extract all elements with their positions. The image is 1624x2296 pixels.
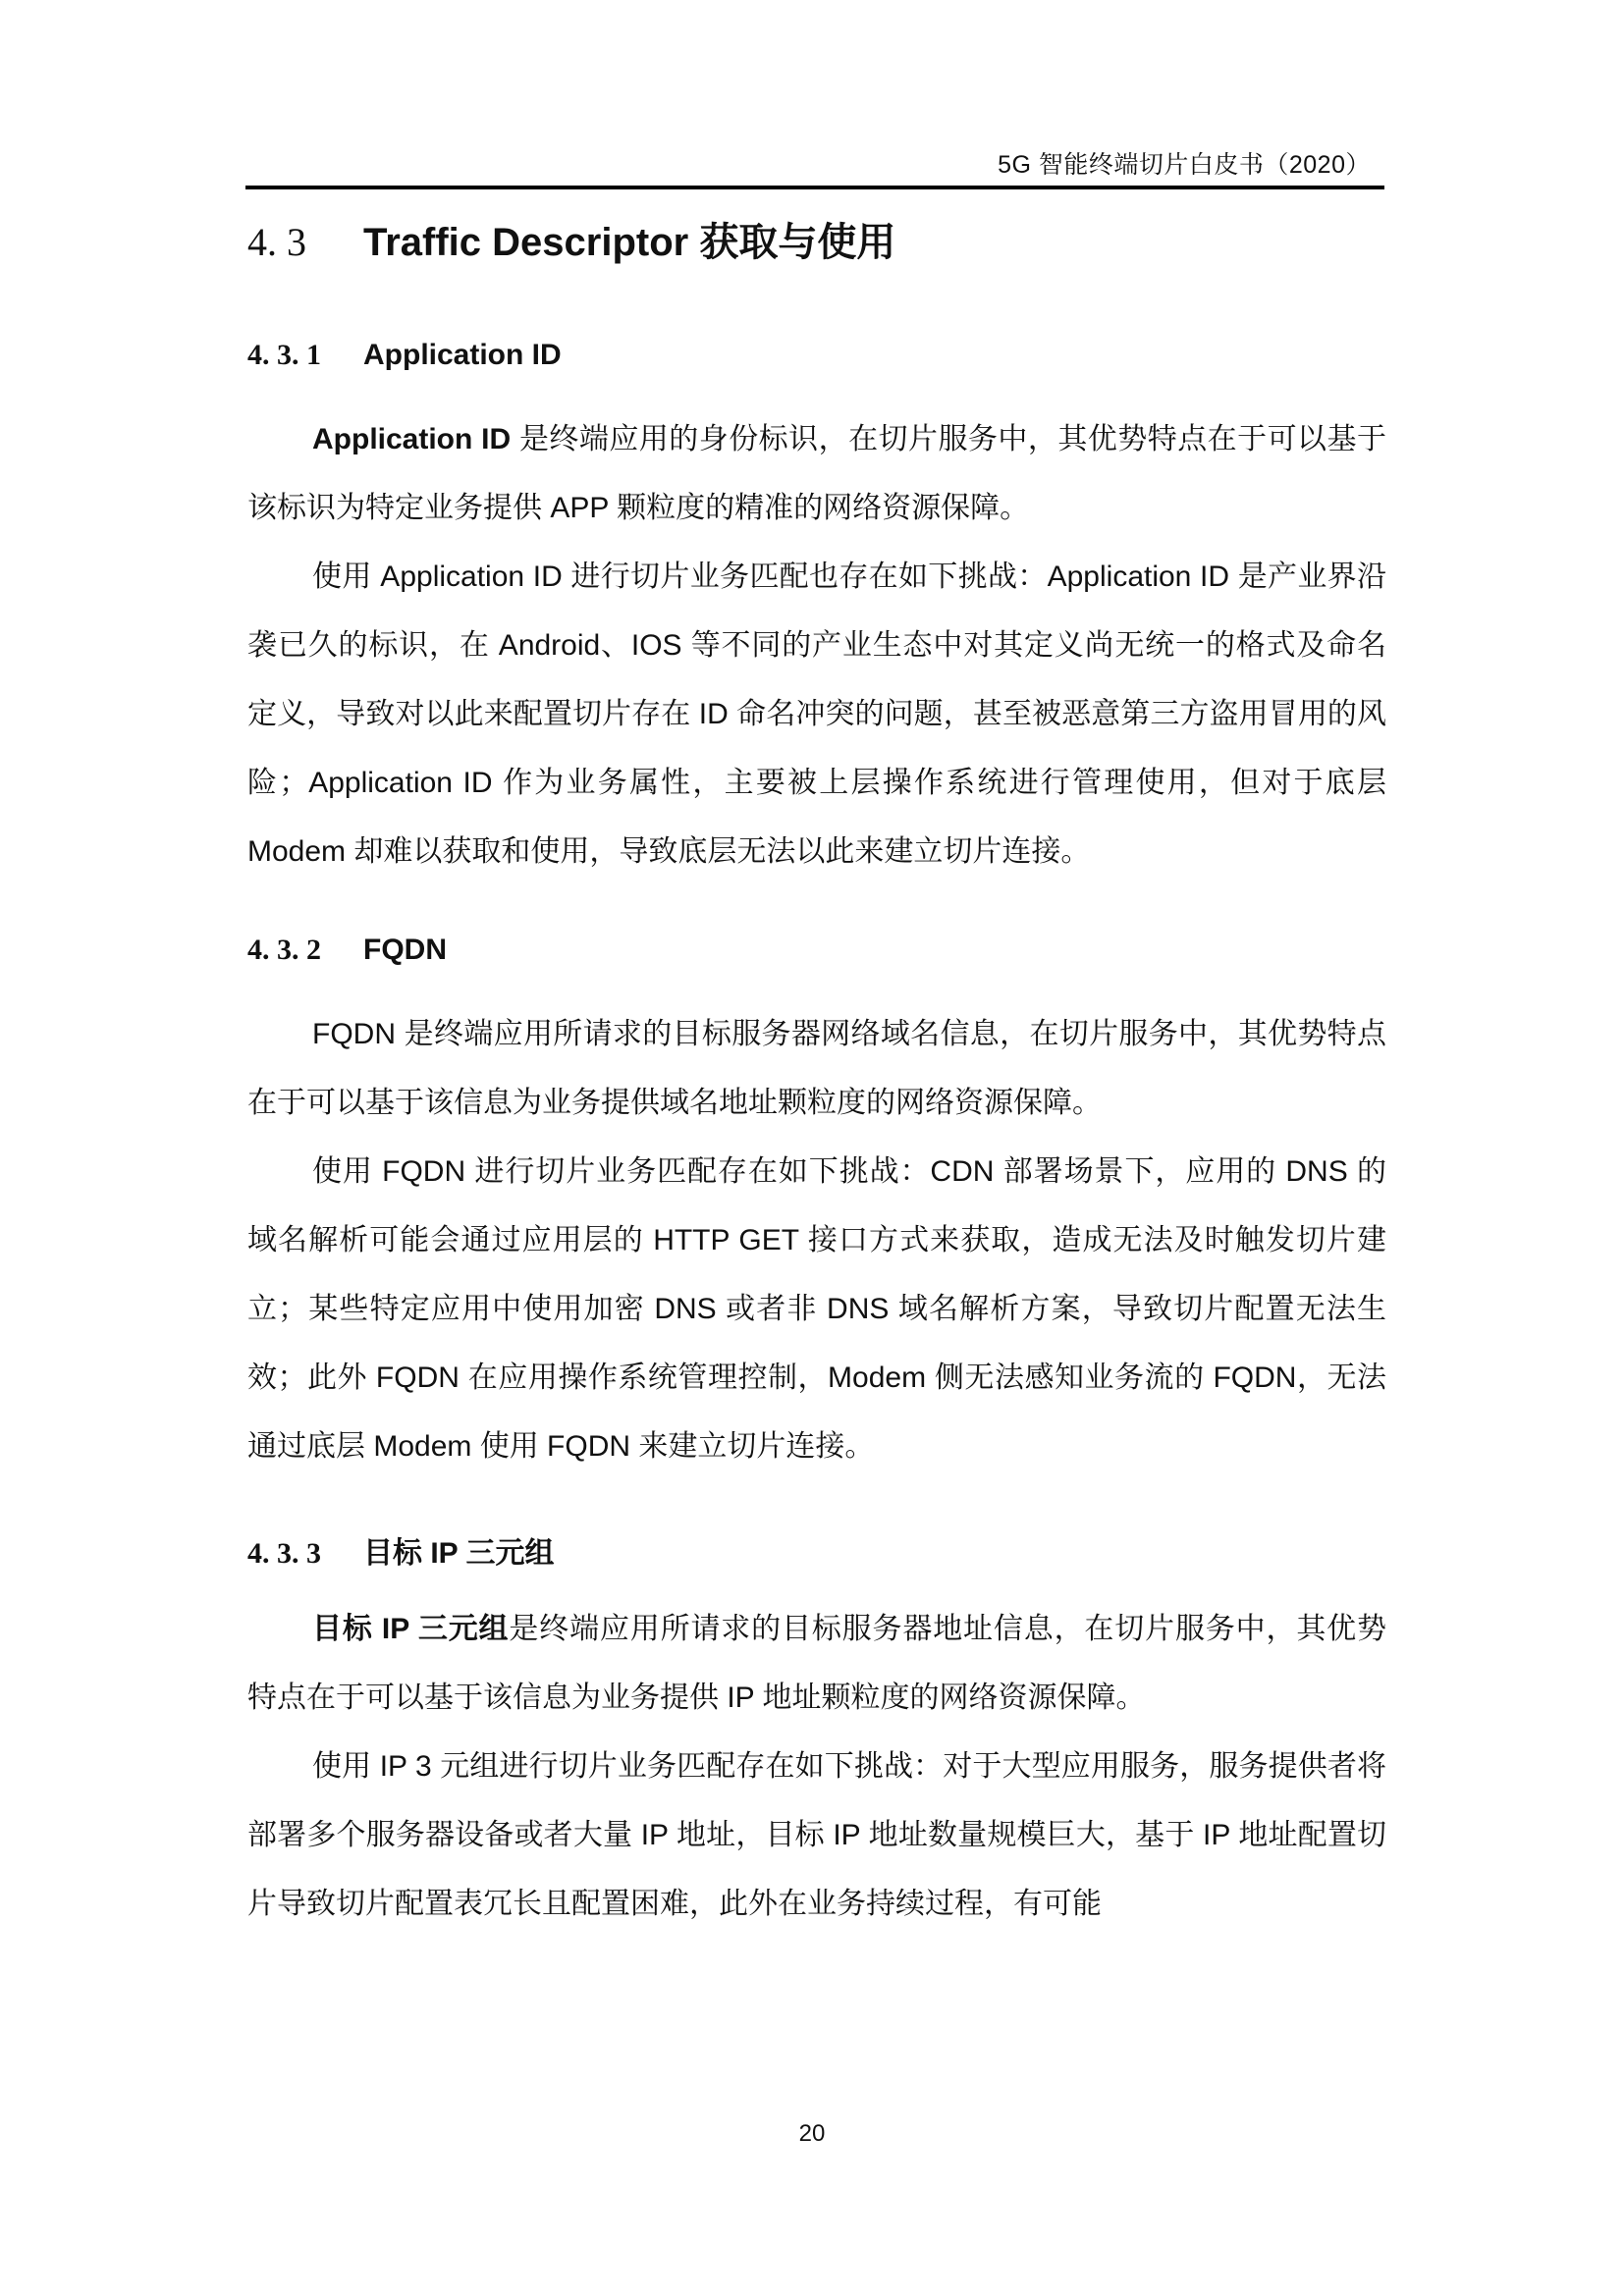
section-heading: 4. 3 Traffic Descriptor 获取与使用: [247, 211, 1386, 274]
paragraph: 使用 IP 3 元组进行切片业务匹配存在如下挑战：对于大型应用服务，服务提供者将…: [247, 1733, 1386, 1939]
document-page: 5G 智能终端切片白皮书（2020） 4. 3 Traffic Descript…: [0, 0, 1624, 2296]
subsection-heading: 4. 3. 3 目标 IP 三元组: [247, 1528, 1386, 1577]
subsection-title: 目标 IP 三元组: [363, 1528, 554, 1572]
subsection-title: Application ID: [363, 339, 562, 372]
paragraph-text: 使用 Application ID 进行切片业务匹配也存在如下挑战：Applic…: [247, 561, 1386, 868]
subsection-title: FQDN: [363, 934, 447, 967]
paragraph-text: FQDN 是终端应用所请求的目标服务器网络域名信息，在切片服务中，其优势特点在于…: [247, 1018, 1386, 1119]
paragraph: 使用 FQDN 进行切片业务匹配存在如下挑战：CDN 部署场景下，应用的 DNS…: [247, 1138, 1386, 1481]
subsection-number: 4. 3. 3: [247, 1537, 363, 1571]
paragraph-text: 使用 IP 3 元组进行切片业务匹配存在如下挑战：对于大型应用服务，服务提供者将…: [247, 1750, 1386, 1920]
subsection-heading: 4. 3. 2 FQDN: [247, 934, 1386, 983]
page-content: 4. 3 Traffic Descriptor 获取与使用 4. 3. 1 Ap…: [247, 211, 1386, 1939]
paragraph-lead: Application ID: [312, 423, 511, 455]
section-title: Traffic Descriptor 获取与使用: [363, 211, 895, 267]
paragraph-text: 使用 FQDN 进行切片业务匹配存在如下挑战：CDN 部署场景下，应用的 DNS…: [247, 1155, 1386, 1463]
paragraph: FQDN 是终端应用所请求的目标服务器网络域名信息，在切片服务中，其优势特点在于…: [247, 1000, 1386, 1138]
page-number: 20: [0, 2120, 1624, 2148]
section-number: 4. 3: [247, 219, 363, 265]
paragraph-lead: 目标 IP 三元组: [312, 1613, 509, 1645]
paragraph: 目标 IP 三元组是终端应用所请求的目标服务器地址信息，在切片服务中，其优势特点…: [247, 1595, 1386, 1733]
paragraph: 使用 Application ID 进行切片业务匹配也存在如下挑战：Applic…: [247, 543, 1386, 886]
header-rule: [245, 186, 1384, 189]
subsection-heading: 4. 3. 1 Application ID: [247, 339, 1386, 388]
paragraph: Application ID 是终端应用的身份标识，在切片服务中，其优势特点在于…: [247, 405, 1386, 543]
running-header: 5G 智能终端切片白皮书（2020）: [998, 145, 1371, 181]
subsection-number: 4. 3. 2: [247, 934, 363, 967]
subsection-number: 4. 3. 1: [247, 339, 363, 372]
